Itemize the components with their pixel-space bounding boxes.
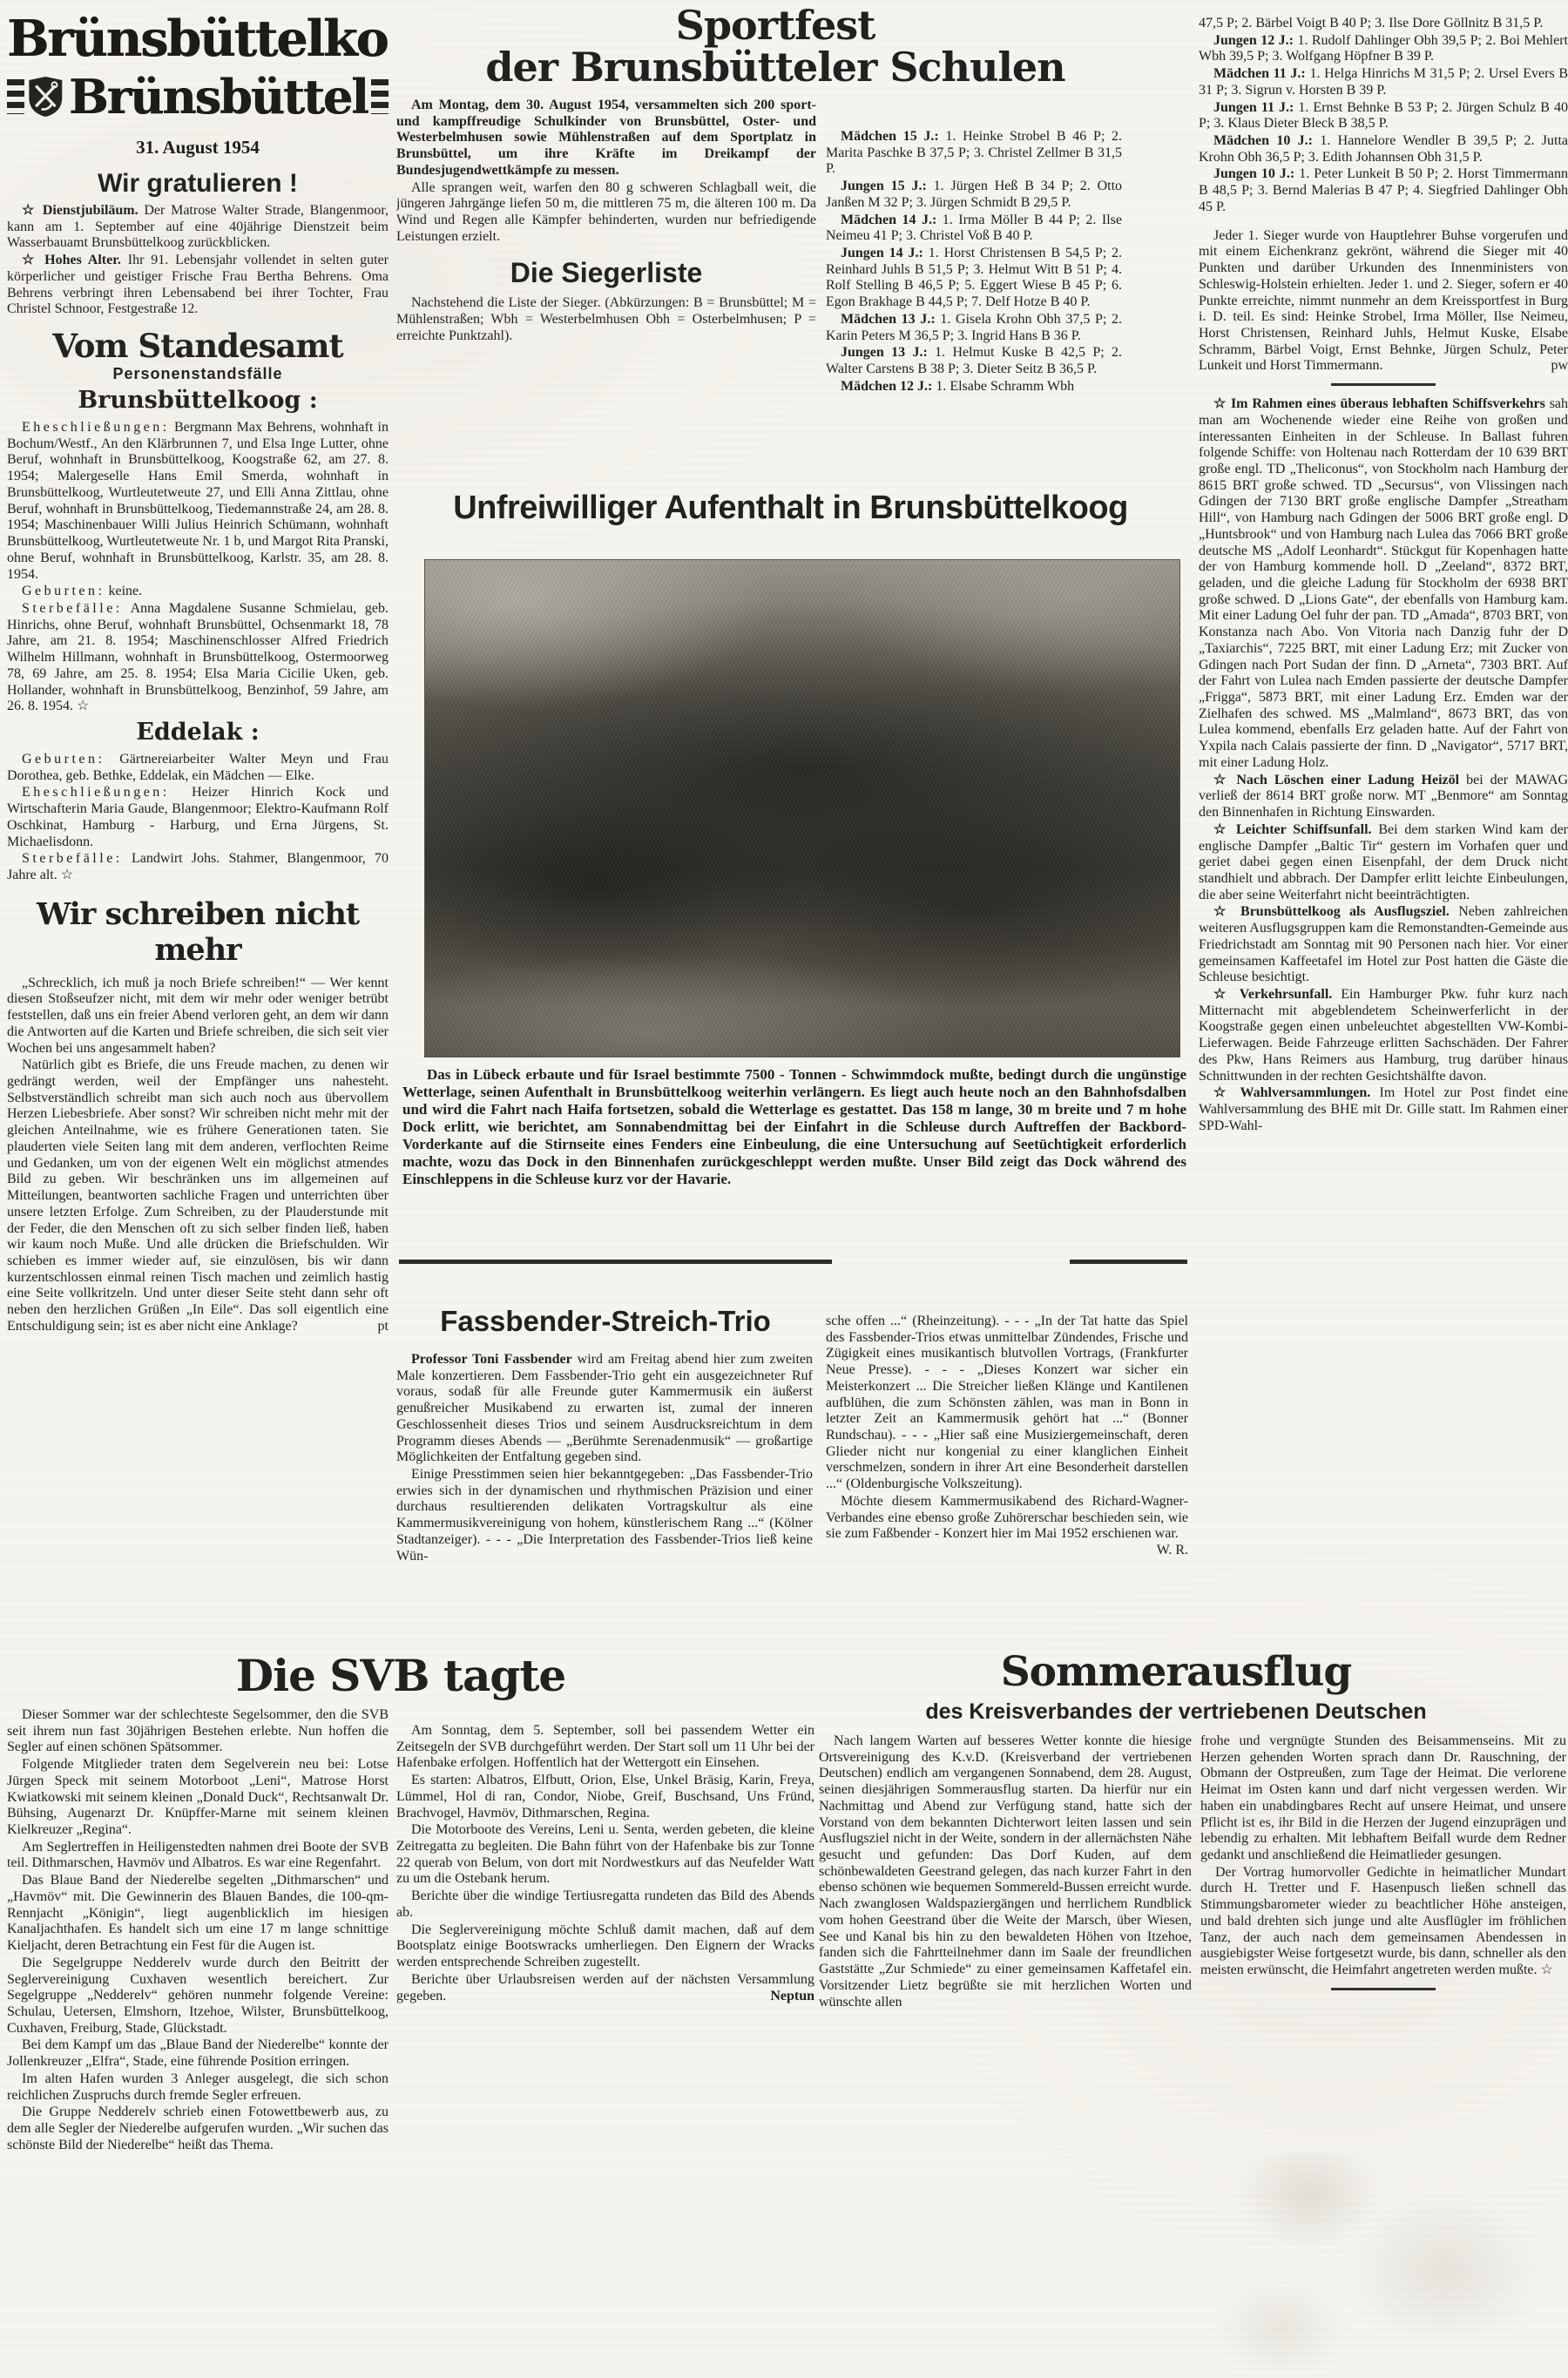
- news-item: ☆ Verkehrsunfall. Ein Hamburger Pkw. fuh…: [1199, 987, 1568, 1084]
- news-item: ☆ Nach Löschen einer Ladung Heizöl bei d…: [1199, 773, 1568, 821]
- paragraph: Die Segelgruppe Nedderelv wurde durch de…: [7, 1956, 389, 2037]
- paragraph-text: Jeder 1. Sieger wurde von Hauptlehrer Bu…: [1199, 228, 1568, 374]
- standesamt-item: Eheschließungen: Heizer Hinrich Kock und…: [7, 785, 389, 850]
- headline-wir-gratulieren: Wir gratulieren !: [7, 169, 389, 199]
- author-initials: pw: [1524, 358, 1568, 375]
- paragraph: Einige Presstimmen seien hier bekanntgeg…: [396, 1467, 813, 1564]
- standesamt-item: Sterbefälle: Anna Magdalene Susanne Schm…: [7, 601, 389, 715]
- paragraph: Möchte diesem Kammermusikabend des Richa…: [826, 1494, 1188, 1543]
- masthead-title-line2: Brünsbüttel: [69, 73, 368, 120]
- sommer-col1: Nach langem Warten auf besseres Wetter k…: [819, 1733, 1192, 2162]
- result-entry: Mädchen 13 J.: 1. Gisela Krohn Obh 37,5 …: [826, 312, 1122, 344]
- headline-siegerliste: Die Siegerliste: [396, 257, 816, 289]
- paragraph: Berichte über die windige Tertiusregatta…: [396, 1888, 814, 1921]
- result-entry: Jungen 10 J.: 1. Peter Lunkeit B 50 P; 2…: [1199, 166, 1568, 215]
- paragraph: Die Seglervereinigung möchte Schluß dami…: [396, 1922, 814, 1971]
- paragraph: Nachstehend die Liste der Sieger. (Abkür…: [396, 295, 816, 344]
- paragraph: Jeder 1. Sieger wurde von Hauptlehrer Bu…: [1199, 228, 1568, 375]
- masthead-title-line1: Brünsbüttelkoog: [7, 14, 389, 64]
- svb-col2: Am Sonntag, dem 5. September, soll bei p…: [396, 1723, 814, 2158]
- masthead-row: Brünsbüttel: [7, 65, 389, 128]
- result-entry: Mädchen 12 J.: 1. Elsabe Schramm Wbh: [826, 379, 1122, 395]
- item-lead: Geburten:: [22, 584, 105, 598]
- age-group: Mädchen 12 J.:: [841, 379, 932, 394]
- result-entry: Jungen 12 J.: 1. Rudolf Dahlinger Obh 39…: [1199, 33, 1568, 65]
- headline-wir-schreiben-nicht-mehr: Wir schreiben nicht mehr: [7, 896, 389, 968]
- result-text: 47,5 P; 2. Bärbel Voigt B 40 P; 3. Ilse …: [1199, 16, 1543, 30]
- svb-col1: Dieser Sommer war der schlechteste Segel…: [7, 1707, 389, 2376]
- news-item: ☆ Brunsbüttelkoog als Ausflugsziel. Nebe…: [1199, 904, 1568, 986]
- item-text: Bergmann Max Behrens, wohnhaft in Bochum…: [7, 420, 389, 581]
- item-lead: Sterbefälle:: [22, 851, 123, 866]
- gratulieren-item: ☆ Dienstjubiläum. Der Matrose Walter Str…: [7, 203, 389, 252]
- standesamt-item: Geburten: Gärtnereiarbeiter Walter Meyn …: [7, 752, 389, 784]
- coat-of-arms-icon: [28, 65, 64, 128]
- divider: [399, 1260, 832, 1264]
- headline-vom-standesamt: Vom Standesamt: [7, 327, 389, 365]
- banner-left-icon: [7, 79, 24, 114]
- paragraph: Dieser Sommer war der schlechteste Segel…: [7, 1707, 389, 1756]
- results-column: Mädchen 15 J.: 1. Heinke Strobel B 46 P;…: [826, 129, 1122, 469]
- item-lead: Eheschließungen:: [22, 785, 170, 800]
- result-entry: Jungen 15 J.: 1. Jürgen Heß B 34 P; 2. O…: [826, 179, 1122, 211]
- item-lead: ☆ Im Rahmen eines überaus lebhaften Schi…: [1213, 396, 1545, 411]
- paragraph: sche offen ...“ (Rheinzeitung). - - - „I…: [826, 1314, 1188, 1493]
- paragraph: „Schrecklich, ich muß ja noch Briefe sch…: [7, 976, 389, 1057]
- result-entry: Mädchen 10 J.: 1. Hannelore Wendler B 39…: [1199, 133, 1568, 166]
- result-entry: 47,5 P; 2. Bärbel Voigt B 40 P; 3. Ilse …: [1199, 16, 1568, 32]
- banner-right-icon: [371, 79, 389, 114]
- news-item: ☆ Im Rahmen eines überaus lebhaften Schi…: [1199, 396, 1568, 772]
- headline-line2: der Brunsbütteler Schulen: [392, 47, 1159, 89]
- age-group: Jungen 11 J.:: [1213, 100, 1294, 115]
- age-group: Jungen 13 J.:: [841, 345, 928, 360]
- paragraph: Folgende Mitglieder traten dem Segelvere…: [7, 1757, 389, 1839]
- gratulieren-item: ☆ Hohes Alter. Ihr 91. Lebensjahr vollen…: [7, 253, 389, 318]
- item-lead: Sterbefälle:: [22, 601, 123, 616]
- dock-photo: [424, 559, 1180, 1057]
- age-group: Mädchen 14 J.:: [841, 213, 936, 227]
- item-text: keine.: [108, 584, 142, 598]
- paragraph: Am Montag, dem 30. August 1954, versamme…: [396, 98, 816, 179]
- result-entry: Mädchen 15 J.: 1. Heinke Strobel B 46 P;…: [826, 129, 1122, 178]
- age-group: Mädchen 13 J.:: [841, 312, 936, 327]
- item-lead: ☆ Leichter Schiffsunfall.: [1213, 822, 1372, 837]
- item-lead: ☆ Wahlversammlungen.: [1213, 1085, 1370, 1100]
- author-initials: pt: [351, 1319, 389, 1335]
- photo-caption: Das in Lübeck erbaute und für Israel bes…: [402, 1066, 1186, 1251]
- paragraph: Bei dem Kampf um das „Blaue Band der Nie…: [7, 2037, 389, 2070]
- caption-text: Das in Lübeck erbaute und für Israel bes…: [402, 1066, 1186, 1188]
- standesamt-item: Geburten: keine.: [7, 584, 389, 600]
- standesamt-item: Sterbefälle: Landwirt Johs. Stahmer, Bla…: [7, 851, 389, 883]
- headline-unfreiwilliger-aufenthalt: Unfreiwilliger Aufenthalt in Brunsbüttel…: [392, 490, 1189, 527]
- headline-svb-tagte: Die SVB tagte: [131, 1650, 671, 1701]
- paragraph-text: wird am Freitag abend hier zum zweiten M…: [396, 1352, 813, 1464]
- news-item: ☆ Leichter Schiffsunfall. Bei dem starke…: [1199, 822, 1568, 904]
- paragraph: Die Motorboote des Vereins, Leni u. Sent…: [396, 1822, 814, 1888]
- headline-sommerausflug-block: Sommerausflug des Kreisverbandes der ver…: [871, 1648, 1481, 1725]
- subhead-eddelak: Eddelak :: [7, 719, 389, 746]
- item-lead: ☆ Nach Löschen einer Ladung Heizöl: [1213, 773, 1459, 787]
- result-entry: Mädchen 14 J.: 1. Irma Möller B 44 P; 2.…: [826, 213, 1122, 245]
- fassbender-col1: Professor Toni Fassbender wird am Freita…: [396, 1352, 813, 1641]
- standesamt-item: Eheschließungen: Bergmann Max Behrens, w…: [7, 420, 389, 583]
- paragraph: Die Gruppe Nedderelv schrieb einen Fotow…: [7, 2104, 389, 2153]
- paragraph-lead: Professor Toni Fassbender: [411, 1352, 572, 1367]
- item-text: Anna Magdalene Susanne Schmielau, geb. H…: [7, 601, 389, 713]
- age-group: Jungen 12 J.:: [1213, 33, 1294, 48]
- issue-date: 31. August 1954: [7, 137, 389, 159]
- result-entry: Mädchen 11 J.: 1. Helga Hinrichs M 31,5 …: [1199, 66, 1568, 98]
- paragraph: Am Seglertreffen in Heiligenstedten nahm…: [7, 1840, 389, 1872]
- fassbender-col2: sche offen ...“ (Rheinzeitung). - - - „I…: [826, 1314, 1188, 1643]
- newspaper-page: Brünsbüttelkoog Brünsbüttel 31. August 1…: [0, 0, 1568, 2378]
- headline-sportfest: Sportfest der Brunsbütteler Schulen: [392, 5, 1159, 89]
- result-text: 1. Elsabe Schramm Wbh: [936, 379, 1074, 394]
- print-residue: [1202, 2152, 1559, 2369]
- age-group: Mädchen 15 J.:: [841, 129, 939, 144]
- item-lead: Geburten:: [22, 752, 105, 767]
- left-column: Brünsbüttelkoog Brünsbüttel 31. August 1…: [7, 14, 389, 1700]
- paragraph: Professor Toni Fassbender wird am Freita…: [396, 1352, 813, 1466]
- paragraph: Natürlich gibt es Briefe, die uns Freude…: [7, 1057, 389, 1334]
- item-lead: ☆ Dienstjubiläum.: [22, 203, 139, 218]
- paragraph: Alle sprangen weit, warfen den 80 g schw…: [396, 180, 816, 246]
- divider: [1070, 1260, 1187, 1264]
- masthead: Brünsbüttelkoog Brünsbüttel 31. August 1…: [7, 14, 389, 159]
- paragraph-text: Natürlich gibt es Briefe, die uns Freude…: [7, 1057, 389, 1334]
- paragraph: Nach langem Warten auf besseres Wetter k…: [819, 1733, 1192, 2010]
- result-entry: Jungen 14 J.: 1. Horst Christensen B 54,…: [826, 246, 1122, 311]
- subhead-personenstandsfaelle: Personenstandsfälle: [7, 365, 389, 383]
- divider: [1331, 383, 1436, 386]
- age-group: Jungen 14 J.:: [841, 246, 923, 260]
- headline-fassbender: Fassbender-Streich-Trio: [396, 1305, 814, 1338]
- paragraph: frohe und vergnügte Stunden des Beisamme…: [1200, 1733, 1566, 1864]
- item-lead: ☆ Brunsbüttelkoog als Ausflugsziel.: [1213, 904, 1450, 919]
- subhead-brunsbuettelkoog: Brunsbüttelkoog :: [7, 387, 389, 414]
- sportfest-article: Am Montag, dem 30. August 1954, versamme…: [396, 98, 816, 463]
- divider: [1331, 1988, 1436, 1990]
- subhead-kreisverband: des Kreisverbandes der vertriebenen Deut…: [871, 1699, 1481, 1725]
- result-entry: Jungen 11 J.: 1. Ernst Behnke B 53 P; 2.…: [1199, 100, 1568, 132]
- age-group: Mädchen 11 J.:: [1213, 66, 1306, 81]
- result-entry: Jungen 13 J.: 1. Helmut Kuske B 42,5 P; …: [826, 345, 1122, 377]
- item-lead: ☆ Hohes Alter.: [22, 253, 121, 267]
- paragraph: Am Sonntag, dem 5. September, soll bei p…: [396, 1723, 814, 1772]
- item-lead: Eheschließungen:: [22, 420, 170, 435]
- paragraph-text: Möchte diesem Kammermusikabend des Richa…: [826, 1494, 1188, 1541]
- news-item: ☆ Wahlversammlungen. Im Hotel zur Post f…: [1199, 1085, 1568, 1134]
- paragraph: Der Vortrag humorvoller Gedichte in heim…: [1200, 1865, 1566, 1979]
- paragraph: Im alten Hafen wurden 3 Anleger ausgeleg…: [7, 2071, 389, 2104]
- right-column: 47,5 P; 2. Bärbel Voigt B 40 P; 3. Ilse …: [1199, 16, 1568, 1638]
- item-lead: ☆ Verkehrsunfall.: [1213, 987, 1332, 1002]
- headline-sommerausflug: Sommerausflug: [871, 1648, 1481, 1696]
- age-group: Jungen 10 J.:: [1213, 166, 1294, 181]
- author-initials: W. R.: [1130, 1543, 1188, 1559]
- age-group: Mädchen 10 J.:: [1213, 133, 1313, 148]
- paragraph: Es starten: Albatros, Elfbutt, Orion, El…: [396, 1773, 814, 1821]
- paragraph: Berichte über Urlaubsreisen werden auf d…: [396, 1972, 814, 2004]
- headline-line1: Sportfest: [392, 5, 1159, 47]
- paragraph: Das Blaue Band der Niederelbe segelten „…: [7, 1873, 389, 1955]
- age-group: Jungen 15 J.:: [841, 179, 927, 193]
- sommer-col2: frohe und vergnügte Stunden des Beisamme…: [1200, 1733, 1566, 2108]
- author-name: Neptun: [743, 1989, 814, 2005]
- item-text: sah man am Wochenende wieder eine Reihe …: [1199, 396, 1568, 770]
